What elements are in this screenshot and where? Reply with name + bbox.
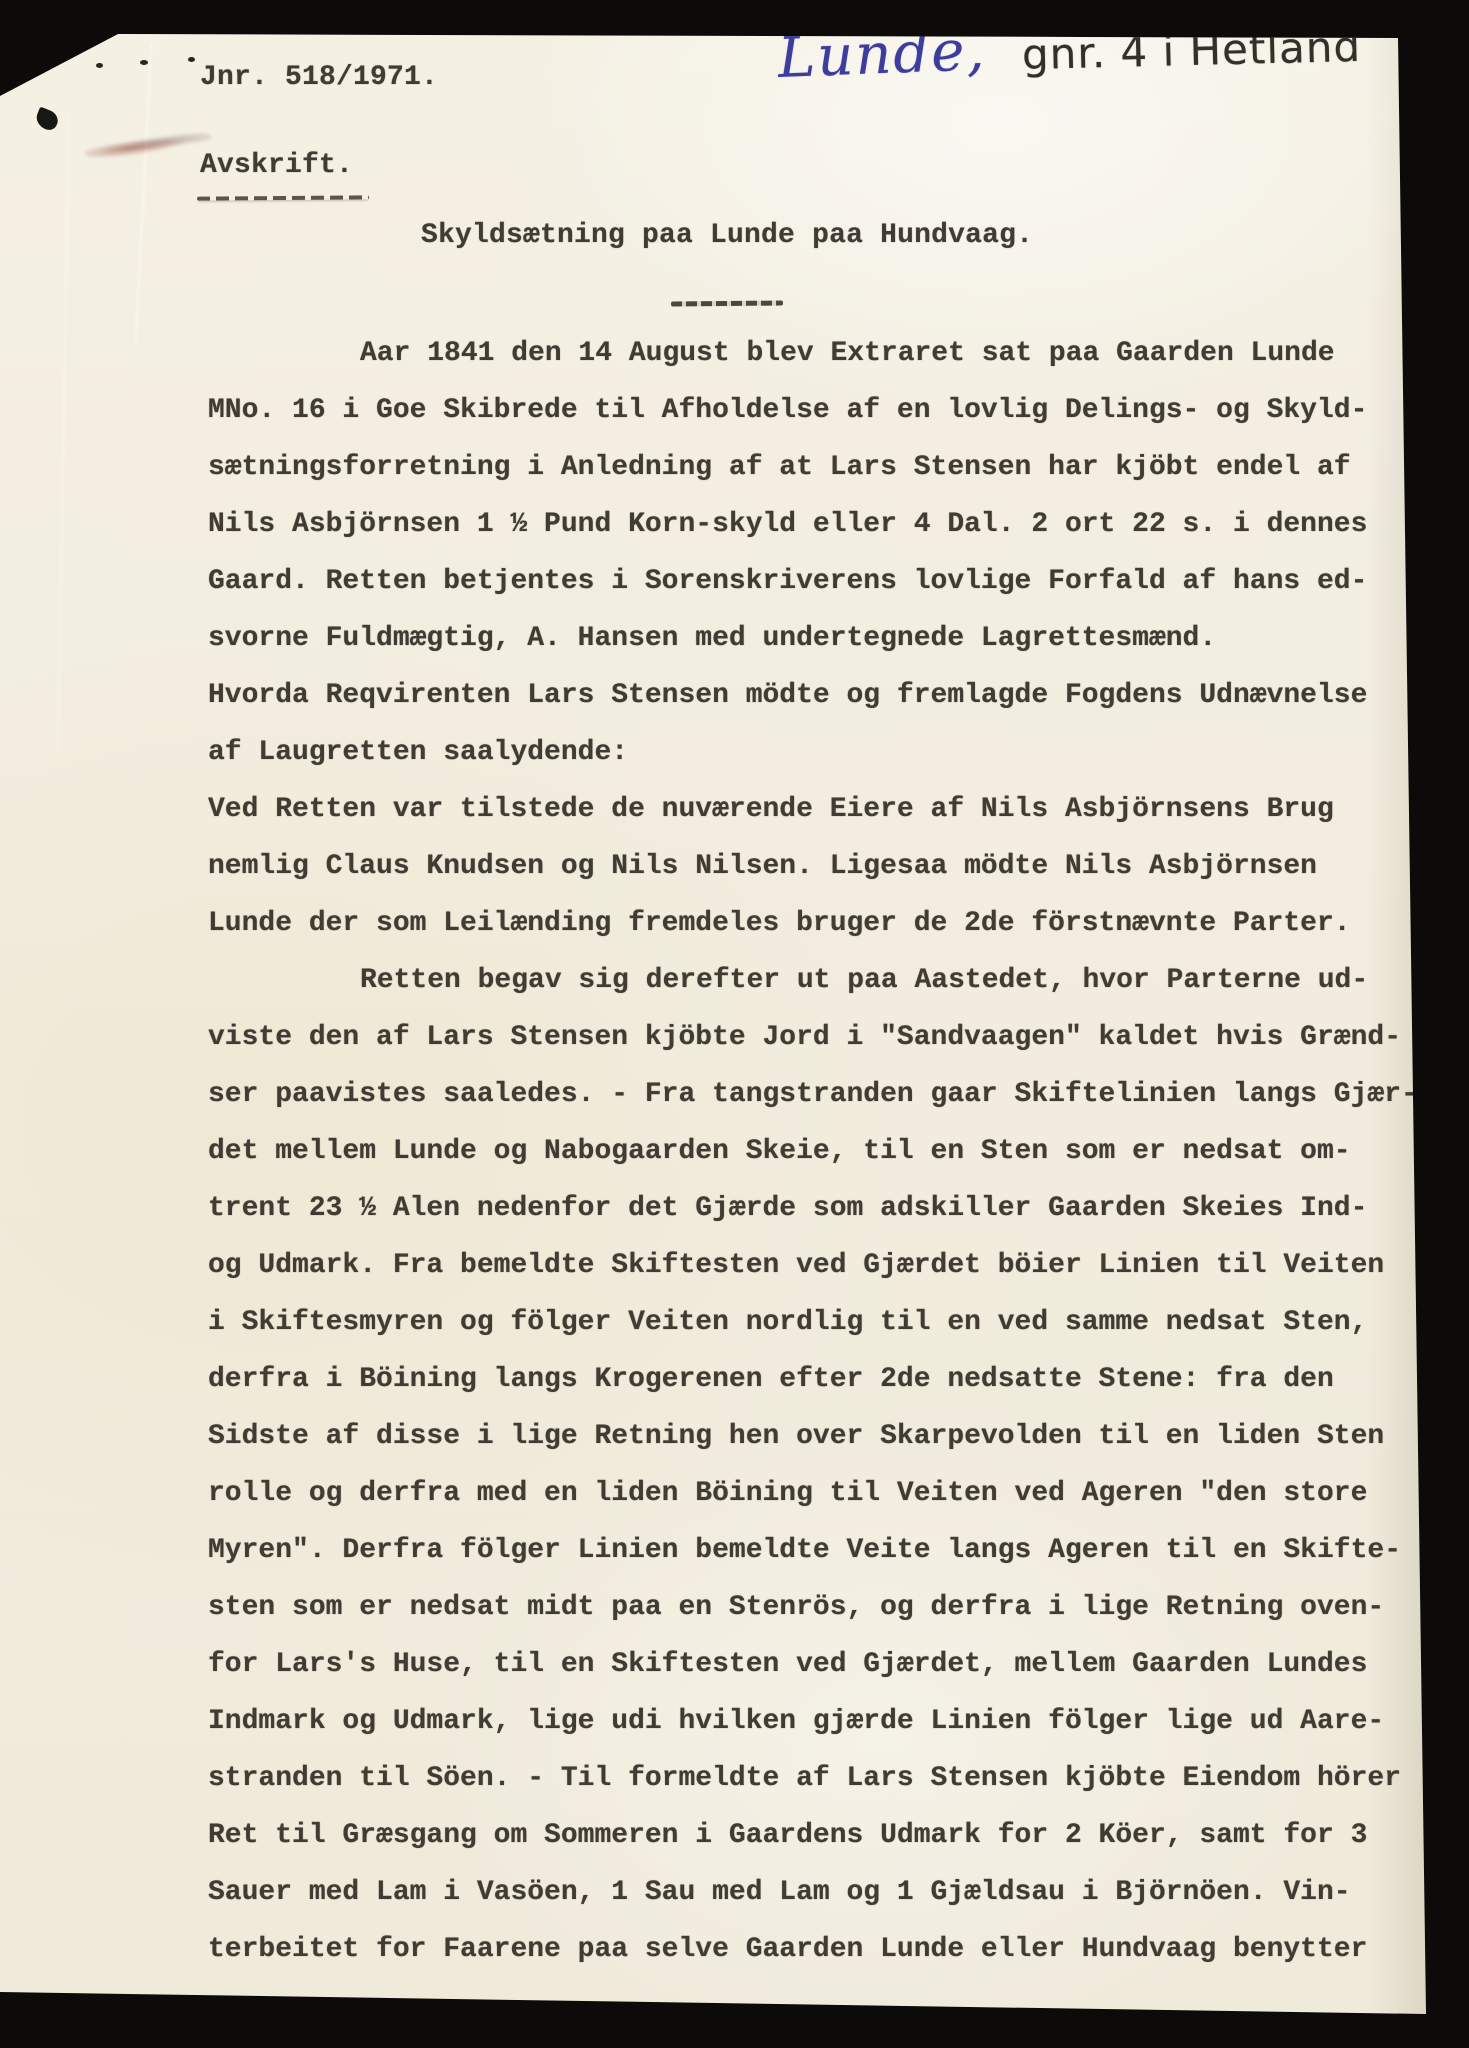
paper-crease <box>56 110 70 750</box>
body-line: terbeitet for Faarene paa selve Gaarden … <box>208 1921 1438 1978</box>
document-title: Skyldsætning paa Lunde paa Hundvaag. <box>421 220 1033 251</box>
body-line: af Laugretten saalydende: <box>208 724 1438 781</box>
body-line: det mellem Lunde og Nabogaarden Skeie, t… <box>208 1123 1438 1180</box>
body-line: Aar 1841 den 14 August blev Extraret sat… <box>208 325 1438 382</box>
paper: Jnr. 518/1971. Lunde, gnr. 4 i Hetland A… <box>0 0 1469 2048</box>
body-line: Lunde der som Leilænding fremdeles bruge… <box>208 895 1438 952</box>
body-line: Sauer med Lam i Vasöen, 1 Sau med Lam og… <box>208 1864 1438 1921</box>
body-line: og Udmark. Fra bemeldte Skiftesten ved G… <box>208 1237 1438 1294</box>
body-line: MNo. 16 i Goe Skibrede til Afholdelse af… <box>208 382 1438 439</box>
body-line: Nils Asbjörnsen 1 ½ Pund Korn-skyld elle… <box>208 496 1438 553</box>
body-line: rolle og derfra med en liden Böining til… <box>208 1465 1438 1522</box>
body-line: for Lars's Huse, til en Skiftesten ved G… <box>208 1636 1438 1693</box>
body-line: ser paavistes saaledes. - Fra tangstrand… <box>208 1066 1438 1123</box>
body-line: Ret til Græsgang om Sommeren i Gaardens … <box>208 1807 1438 1864</box>
ink-dot <box>188 57 195 62</box>
body-line: Retten begav sig derefter ut paa Aastede… <box>208 952 1438 1009</box>
body-line: derfra i Böining langs Krogerenen efter … <box>208 1351 1438 1408</box>
avskrift-underline <box>197 195 369 200</box>
ink-tick-mark <box>33 54 51 68</box>
document-body: Aar 1841 den 14 August blev Extraret sat… <box>208 325 1438 1978</box>
body-line: sten som er nedsat midt paa en Stenrös, … <box>208 1579 1438 1636</box>
avskrift-heading: Avskrift. <box>200 150 353 181</box>
body-line: nemlig Claus Knudsen og Nils Nilsen. Lig… <box>208 838 1438 895</box>
body-line: svorne Fuldmægtig, A. Hansen med underte… <box>208 610 1438 667</box>
journal-number: Jnr. 518/1971. <box>200 62 438 93</box>
body-line: Hvorda Reqvirenten Lars Stensen mödte og… <box>208 667 1438 724</box>
body-line: viste den af Lars Stensen kjöbte Jord i … <box>208 1009 1438 1066</box>
paper-crease <box>134 42 153 342</box>
handwritten-place-annotation: Lunde, <box>777 18 987 91</box>
scan-background: Jnr. 518/1971. Lunde, gnr. 4 i Hetland A… <box>0 0 1469 2048</box>
body-line: Myren". Derfra fölger Linien bemeldte Ve… <box>208 1522 1438 1579</box>
body-line: i Skiftesmyren og fölger Veiten nordlig … <box>208 1294 1438 1351</box>
ink-dot <box>140 60 148 65</box>
body-line: Ved Retten var tilstede de nuværende Eie… <box>208 781 1438 838</box>
body-line: Indmark og Udmark, lige udi hvilken gjær… <box>208 1693 1438 1750</box>
body-line: sætningsforretning i Anledning af at Lar… <box>208 439 1438 496</box>
handwritten-gnr-annotation: gnr. 4 i Hetland <box>1021 22 1361 79</box>
title-separator <box>671 301 783 307</box>
ink-dot <box>96 63 103 68</box>
body-line: trent 23 ½ Alen nedenfor det Gjærde som … <box>208 1180 1438 1237</box>
body-line: Gaard. Retten betjentes i Sorenskriveren… <box>208 553 1438 610</box>
body-line: stranden til Söen. - Til formeldte af La… <box>208 1750 1438 1807</box>
body-line: Sidste af disse i lige Retning hen over … <box>208 1408 1438 1465</box>
ink-blob <box>33 107 61 133</box>
